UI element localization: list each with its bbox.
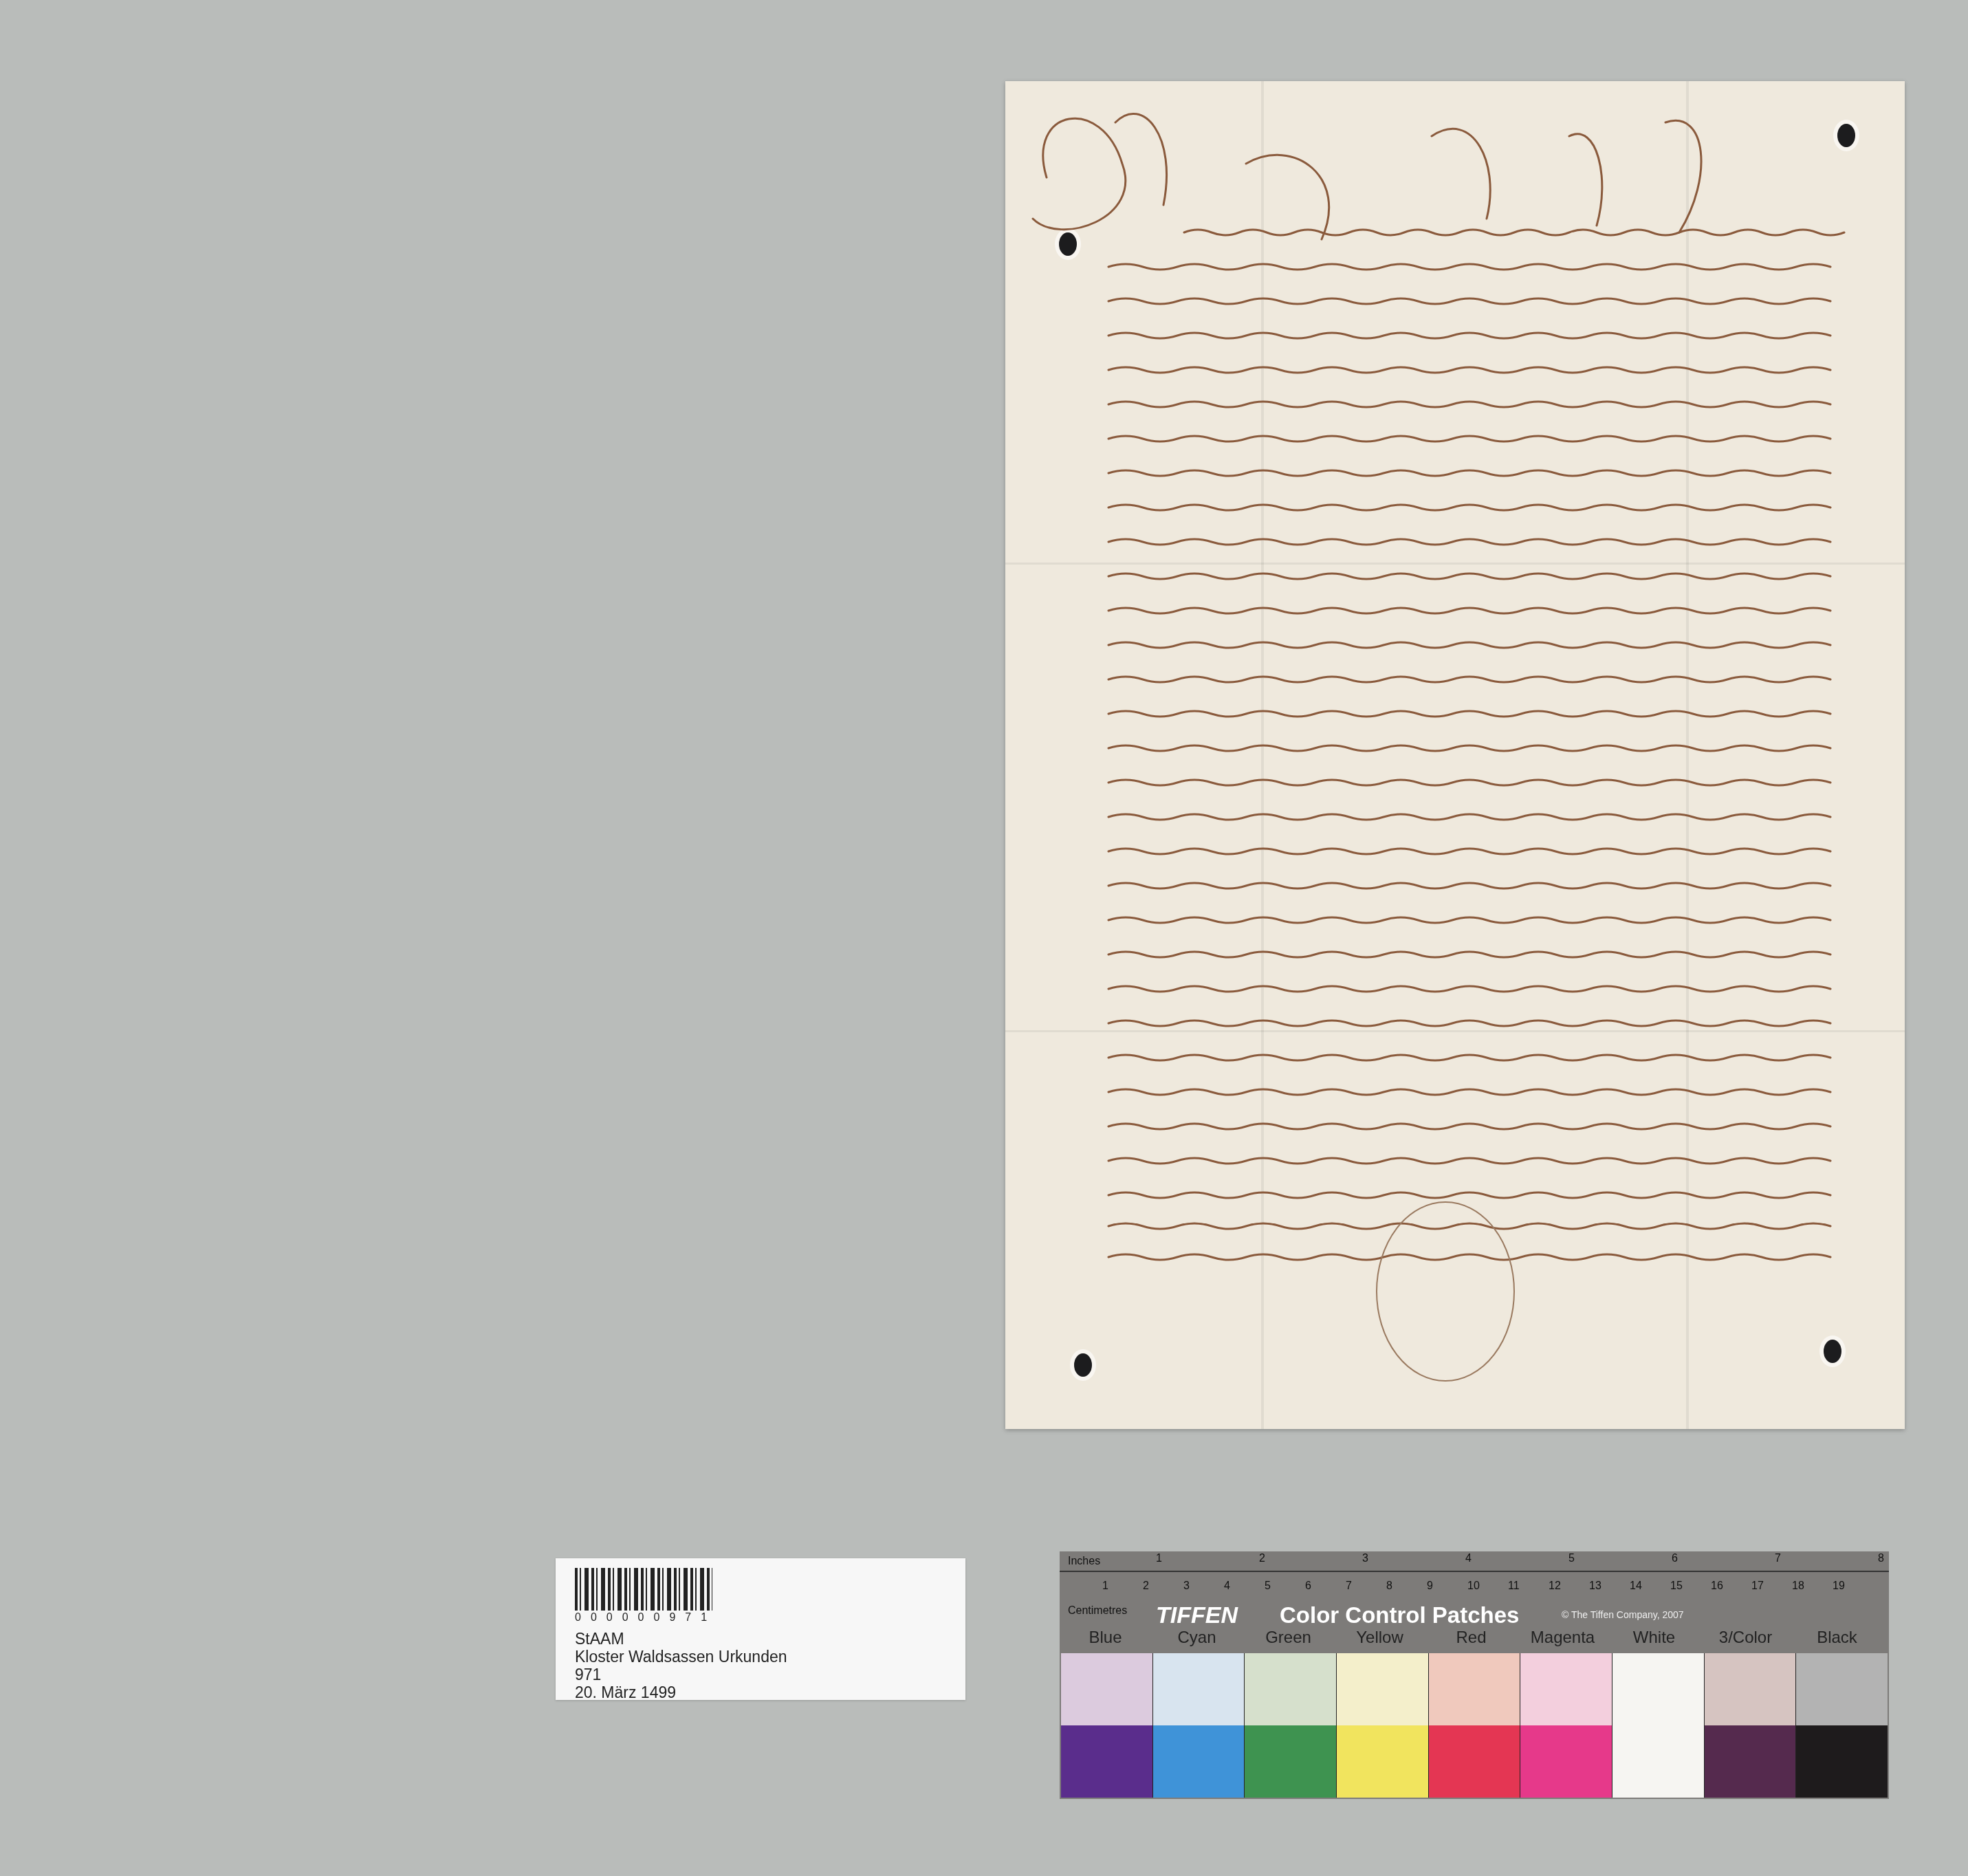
tiffen-logo: TIFFEN bbox=[1156, 1602, 1238, 1629]
cm-tick-label: 10 bbox=[1467, 1580, 1480, 1593]
cm-tick-label: 9 bbox=[1427, 1580, 1433, 1593]
patch-black bbox=[1796, 1653, 1888, 1798]
patch-label-3color: 3/Color bbox=[1700, 1628, 1791, 1648]
cm-tick-label: 13 bbox=[1589, 1580, 1601, 1593]
patch-label-white: White bbox=[1608, 1628, 1700, 1648]
color-control-card: Inches 1 2 3 4 5 6 7 8 1 2 3 4 5 6 7 8 9… bbox=[1060, 1551, 1889, 1799]
document-date: 20. März 1499 bbox=[575, 1683, 787, 1701]
patch-label-blue: Blue bbox=[1060, 1628, 1151, 1648]
patch-yellow bbox=[1337, 1653, 1429, 1798]
patch-cyan bbox=[1153, 1653, 1245, 1798]
patch-label-black: Black bbox=[1791, 1628, 1883, 1648]
barcode-number: 000000971 bbox=[575, 1612, 717, 1624]
cm-tick-label: 2 bbox=[1143, 1580, 1149, 1593]
inch-tick-label: 8 bbox=[1878, 1553, 1884, 1565]
card-title: Color Control Patches bbox=[1280, 1602, 1519, 1628]
cm-tick-label: 1 bbox=[1102, 1580, 1108, 1593]
inch-tick-label: 7 bbox=[1775, 1553, 1781, 1565]
color-patches bbox=[1061, 1653, 1888, 1798]
cm-tick-label: 8 bbox=[1386, 1580, 1392, 1593]
patch-green bbox=[1245, 1653, 1337, 1798]
cm-tick-label: 18 bbox=[1792, 1580, 1804, 1593]
archive-label: 000000971 StAAM Kloster Waldsassen Urkun… bbox=[556, 1558, 965, 1700]
collection-name: Kloster Waldsassen Urkunden bbox=[575, 1648, 787, 1666]
cm-tick-label: 19 bbox=[1833, 1580, 1845, 1593]
patch-label-cyan: Cyan bbox=[1151, 1628, 1243, 1648]
cm-tick-label: 17 bbox=[1751, 1580, 1764, 1593]
inch-tick-label: 2 bbox=[1259, 1553, 1265, 1565]
cm-tick-label: 11 bbox=[1508, 1580, 1520, 1593]
patch-label-magenta: Magenta bbox=[1517, 1628, 1608, 1648]
cm-tick-label: 12 bbox=[1549, 1580, 1561, 1593]
patch-3color bbox=[1705, 1653, 1797, 1798]
inches-label: Inches bbox=[1068, 1556, 1100, 1568]
archive-name: StAAM bbox=[575, 1630, 787, 1648]
barcode bbox=[575, 1568, 712, 1611]
cm-tick-label: 16 bbox=[1711, 1580, 1723, 1593]
patch-blue bbox=[1061, 1653, 1153, 1798]
cm-tick-label: 7 bbox=[1346, 1580, 1352, 1593]
patch-white bbox=[1612, 1653, 1705, 1798]
patch-magenta bbox=[1520, 1653, 1612, 1798]
inch-tick-label: 6 bbox=[1672, 1553, 1678, 1565]
handwriting-strokes bbox=[1005, 81, 1905, 1429]
cm-tick-label: 14 bbox=[1630, 1580, 1642, 1593]
cm-tick-label: 15 bbox=[1670, 1580, 1683, 1593]
patch-label-green: Green bbox=[1243, 1628, 1334, 1648]
cm-tick-label: 5 bbox=[1265, 1580, 1271, 1593]
cm-tick-label: 3 bbox=[1183, 1580, 1190, 1593]
inch-tick-label: 4 bbox=[1465, 1553, 1472, 1565]
patch-label-yellow: Yellow bbox=[1334, 1628, 1425, 1648]
patch-label-red: Red bbox=[1425, 1628, 1517, 1648]
cm-ruler: 1 2 3 4 5 6 7 8 9 10 11 12 13 14 15 16 1… bbox=[1060, 1572, 1889, 1595]
cm-tick-label: 4 bbox=[1224, 1580, 1230, 1593]
patch-red bbox=[1429, 1653, 1521, 1798]
inch-tick-label: 1 bbox=[1156, 1553, 1162, 1565]
inch-ruler: Inches 1 2 3 4 5 6 7 8 bbox=[1060, 1551, 1889, 1572]
centimetres-label: Centimetres bbox=[1068, 1605, 1127, 1617]
item-number: 971 bbox=[575, 1666, 787, 1683]
copyright-text: © The Tiffen Company, 2007 bbox=[1562, 1609, 1684, 1620]
inch-tick-label: 5 bbox=[1568, 1553, 1575, 1565]
inch-tick-label: 3 bbox=[1362, 1553, 1368, 1565]
manuscript-document bbox=[1005, 81, 1905, 1429]
cm-tick-label: 6 bbox=[1305, 1580, 1311, 1593]
